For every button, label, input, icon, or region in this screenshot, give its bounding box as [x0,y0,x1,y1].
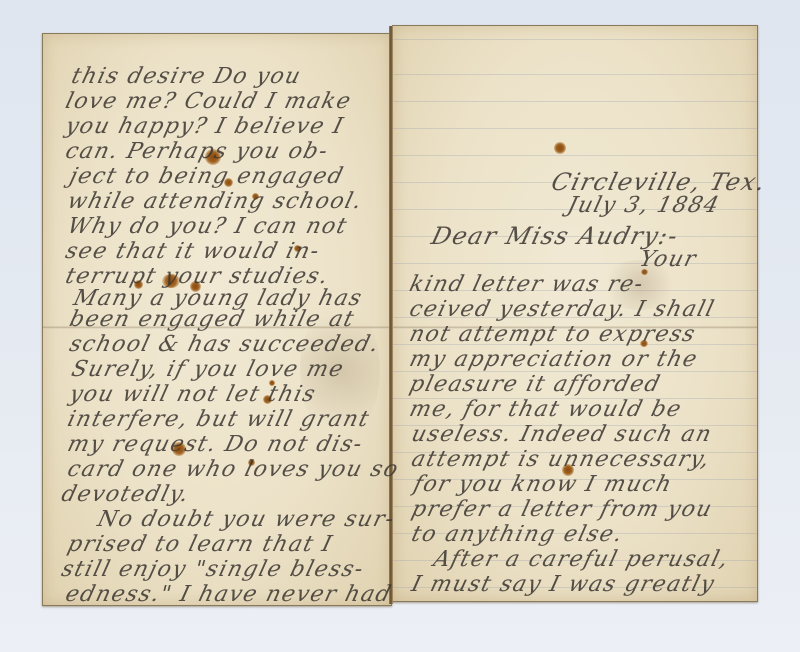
letter-line: for you know I much [411,472,675,497]
letter-date: July 3, 1884 [565,193,723,218]
letter-line: prefer a letter from you [409,497,716,522]
letter-line: prised to learn that I [65,532,336,557]
letter-line: useless. Indeed such an [409,422,715,447]
letter-line: edness." I have never had [63,582,395,607]
letter-line: Your [637,247,700,272]
letter-line: interfere, but will grant [65,407,373,432]
letter-line: not attempt to express [407,322,699,347]
letter-line: me, for that would be [407,397,685,422]
letter-line: love me? Could I make [63,89,354,114]
letter-line: I must say I was greatly [409,572,718,597]
letter-line: card one who loves you so [65,457,402,482]
letter-line: see that it would in- [63,239,323,264]
letter-line: to anything else. [409,522,626,547]
letter-line: devotedly. [59,482,192,507]
letter-line: ject to being engaged [67,164,347,189]
letter-line: attempt is unnecessary, [409,447,713,472]
letter-line: school & has succeeded. [67,332,382,357]
letter-line: been engaged while at [67,307,358,332]
letter-line: kind letter was re- [407,272,647,297]
letter-line: this desire Do you [69,64,304,89]
letter-line: pleasure it afforded [407,372,664,397]
letter-line: while attending school. [65,189,365,214]
letter-place: Circleville, Tex. [549,168,770,196]
letter-line: still enjoy "single bless- [59,557,367,582]
letter-line: my appreciation or the [407,347,701,372]
letter-line: ceived yesterday. I shall [407,297,718,322]
letter-line: my request. Do not dis- [65,432,366,457]
letter-line: After a careful perusal, [431,547,732,572]
letter-line: can. Perhaps you ob- [63,139,331,164]
letter-line: No doubt you were sur- [95,507,398,532]
letter-line: you will not let this [67,382,319,407]
letter-line: Surely, if you love me [69,357,347,382]
letter-line: Why do you? I can not [65,214,350,239]
letter-line: you happy? I believe I [63,114,347,139]
letter-salutation: Dear Miss Audry:- [429,222,682,250]
stain [554,142,566,154]
